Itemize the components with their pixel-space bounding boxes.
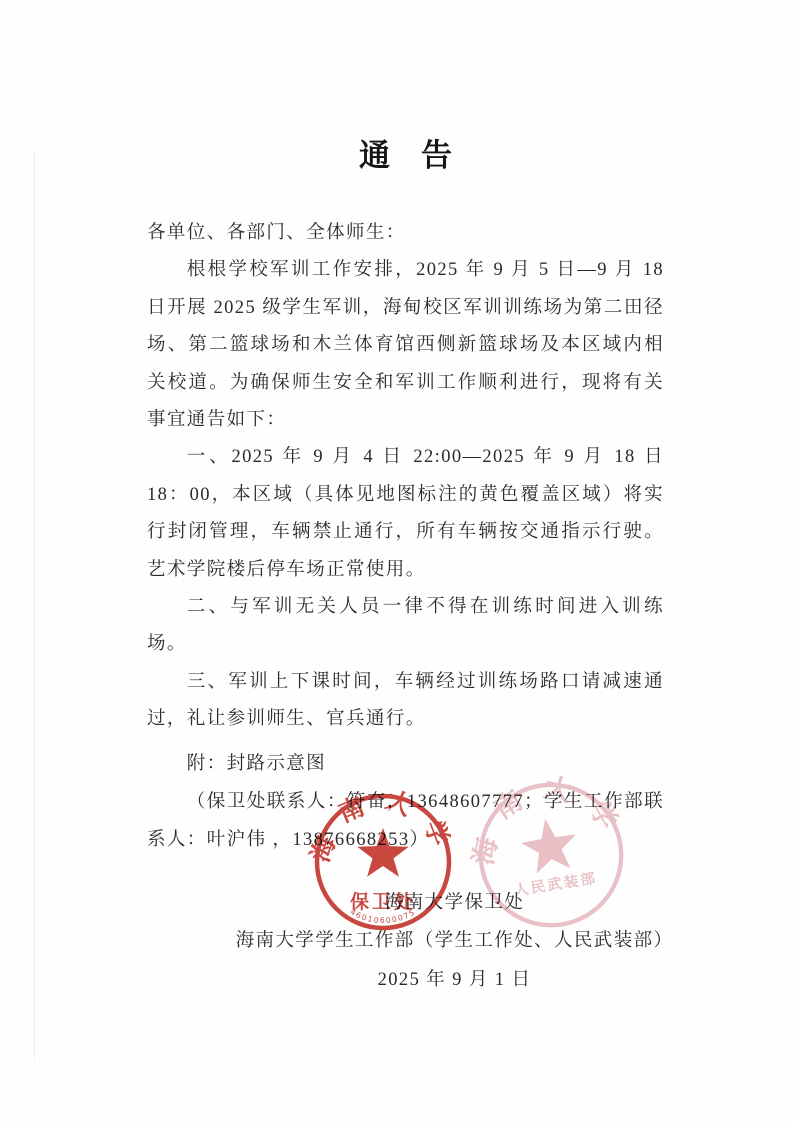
paragraph-item-3: 三、军训上下课时间，车辆经过训练场路口请减速通过，礼让参训师生、官兵通行。 (147, 664, 664, 739)
attachment-line: 附：封路示意图 (147, 746, 664, 783)
paragraph-intro: 根根学校军训工作安排，2025 年 9 月 5 日—9 月 18 日开展 202… (147, 252, 664, 439)
signature-department-2: 海南大学学生工作部（学生工作处、人民武装部） (196, 922, 713, 961)
scanned-notice-page: 通 告 各单位、各部门、全体师生： 根根学校军训工作安排，2025 年 9 月 … (0, 0, 794, 1123)
contact-line: （保卫处联系人：符奋，13648607777；学生工作部联系人：叶沪伟 ，138… (147, 784, 664, 859)
scan-edge-artifact (34, 150, 35, 1060)
notice-body: 各单位、各部门、全体师生： 根根学校军训工作安排，2025 年 9 月 5 日—… (147, 215, 664, 999)
salutation-line: 各单位、各部门、全体师生： (147, 215, 664, 252)
signature-block: 海南大学保卫处 海南大学学生工作部（学生工作处、人民武装部） 2025 年 9 … (196, 884, 713, 1000)
notice-title: 通 告 (147, 130, 664, 175)
paragraph-item-1: 一、2025 年 9 月 4 日 22:00—2025 年 9 月 18 日 1… (147, 439, 664, 589)
signature-department-1: 海南大学保卫处 (196, 884, 713, 923)
signature-date: 2025 年 9 月 1 日 (196, 961, 713, 1000)
paragraph-item-2: 二、与军训无关人员一律不得在训练时间进入训练场。 (147, 589, 664, 664)
